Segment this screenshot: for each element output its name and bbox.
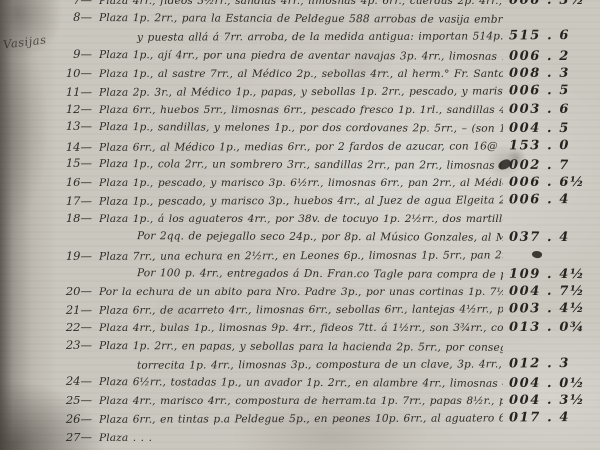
entry-amount: 515 . 6 xyxy=(503,28,595,43)
ledger-entry-line: 23— Plaza 1p. 2rr., en papas, y sebollas… xyxy=(54,337,595,358)
entry-amount: 006 . 6½ xyxy=(503,175,595,190)
entry-text: Plaza 6½rr., tostadas 1p., un avador 1p.… xyxy=(99,376,503,390)
entry-text: Plaza 6rr., huebos 5rr., limosnas 6rr., … xyxy=(99,104,503,116)
entry-text: Plaza 4rr., marisco 4rr., compostura de … xyxy=(99,395,503,407)
entry-text: Plaza 1p., ají 4rr., por una piedra de a… xyxy=(99,49,503,63)
entry-text: y puesta allá á 7rr. arroba, de la medid… xyxy=(99,31,503,44)
entry-text: Plaza 1p., á los aguateros 4rr., por 38v… xyxy=(99,213,503,225)
entry-number: 19— xyxy=(54,248,99,262)
margin-note: Vasijas xyxy=(2,32,47,51)
entry-amount: 003 . 6 xyxy=(503,102,595,117)
entry-number: 20— xyxy=(54,284,99,298)
ledger-entry-line: 19— Plaza 7rr., una echura en 2½rr., en … xyxy=(54,247,595,267)
entry-amount: 006 . 3½ xyxy=(503,0,595,8)
entry-amount: 006 . 5 xyxy=(503,83,595,98)
entry-number: 23— xyxy=(54,337,99,351)
entry-amount: 037 . 4 xyxy=(503,230,595,245)
entry-text: Plaza 7rr., una echura en 2½rr., en Leon… xyxy=(99,249,503,262)
entry-number: 7— xyxy=(54,0,99,7)
entry-number: 26— xyxy=(54,412,99,426)
ledger-entry-line: 9— Plaza 1p., ají 4rr., por una piedra d… xyxy=(54,46,595,67)
entry-amount: 004 . 5 xyxy=(503,121,595,136)
ledger-entry-line: 25— Plaza 4rr., marisco 4rr., compostura… xyxy=(54,393,595,411)
entry-number: 9— xyxy=(54,46,99,60)
entry-amount: 002 . 7 xyxy=(503,157,595,172)
ledger-entry-line: Por 100 p. 4rr., entregados á Dn. Fran.c… xyxy=(54,265,595,286)
entry-number: 12— xyxy=(54,102,99,116)
ledger-entry-line: 24— Plaza 6½rr., tostadas 1p., un avador… xyxy=(54,374,595,395)
entry-text: torrecita 1p. 4rr., limosnas 3p., compos… xyxy=(99,358,503,371)
entry-amount: 004 . 3½ xyxy=(503,393,595,408)
manuscript-page: Vasijas 7— Plaza 4rr., fideos 3½rr., san… xyxy=(0,0,600,450)
entry-number: 15— xyxy=(54,156,99,170)
entry-number: 18— xyxy=(54,211,99,225)
ledger-entry-line: 18— Plaza 1p., á los aguateros 4rr., por… xyxy=(54,211,595,229)
entry-number: 14— xyxy=(54,139,99,153)
entry-text: Plaza 4rr., bulas 1p., limosnas 9p. 4rr.… xyxy=(99,322,503,334)
entry-text: Plaza 1p., sandillas, y melones 1p., por… xyxy=(99,121,503,135)
entry-text: Plaza 1p., pescado, y marisco 3p., huebo… xyxy=(99,194,503,207)
entry-amount: 153 . 0 xyxy=(503,138,595,153)
entry-amount: 006 . 4 xyxy=(503,192,595,207)
entry-text: Plaza 4rr., fideos 3½rr., sandías 4rr., … xyxy=(99,0,503,7)
entry-number: 8— xyxy=(54,10,99,24)
ledger-entry-line: 13— Plaza 1p., sandillas, y melones 1p.,… xyxy=(54,119,595,140)
ledger-entry-line: 11— Plaza 2p. 3r., al Médico 1p., papas,… xyxy=(54,83,595,103)
entry-amount: 017 . 4 xyxy=(503,410,595,425)
entry-text: Plaza 2p. 3r., al Médico 1p., papas, y s… xyxy=(99,85,503,98)
entry-number: 27— xyxy=(54,430,99,444)
ledger-entry-line: torrecita 1p. 4rr., limosnas 3p., compos… xyxy=(54,356,595,376)
ledger-entry-line: 16— Plaza 1p., pescado, y marisco 3p. 6½… xyxy=(54,175,595,193)
entry-number: 13— xyxy=(54,119,99,133)
entry-amount: 012 . 3 xyxy=(503,356,595,371)
entry-number: 24— xyxy=(54,374,99,388)
entry-text: Plaza 1p., cola 2rr., un sombrero 3rr., … xyxy=(99,158,503,172)
entry-amount: 008 . 3 xyxy=(503,66,595,81)
ledger-entry-line: 14— Plaza 6rr., al Médico 1p., medias 6r… xyxy=(54,138,595,158)
ledger-entry-line: 12— Plaza 6rr., huebos 5rr., limosnas 6r… xyxy=(54,102,595,120)
ledger-entry-line: 17— Plaza 1p., pescado, y marisco 3p., h… xyxy=(54,192,595,212)
entry-number: 10— xyxy=(54,66,99,80)
entry-text: Por 2qq. de pejegallo seco 24p., por 8p.… xyxy=(99,230,503,244)
ledger-entry-line: 15— Plaza 1p., cola 2rr., un sombrero 3r… xyxy=(54,156,595,177)
entry-amount: 004 . 0½ xyxy=(503,376,595,391)
entry-text: Por 100 p. 4rr., entregados á Dn. Fran.c… xyxy=(99,267,503,281)
ledger-entry-line: Por 2qq. de pejegallo seco 24p., por 8p.… xyxy=(54,228,595,249)
ledger-entry-line: 27— Plaza . . . xyxy=(54,430,595,448)
entry-text: Plaza 6rr., de acarreto 4rr., limosnas 6… xyxy=(99,304,503,317)
entry-amount: 003 . 4½ xyxy=(503,301,595,316)
entry-number: 21— xyxy=(54,303,99,317)
ledger-entry-line: 10— Plaza 1p., al sastre 7rr., al Médico… xyxy=(54,66,595,84)
entry-amount: 013 . 0¾ xyxy=(503,320,595,335)
entry-number: 16— xyxy=(54,175,99,189)
entry-text: Plaza 6rr., en tintas p.a Peldegue 5p., … xyxy=(99,413,503,426)
entry-text: Plaza . . . xyxy=(99,432,503,444)
entry-text: Plaza 1p., pescado, y marisco 3p. 6½rr.,… xyxy=(99,177,503,189)
ledger-entry-line: 22— Plaza 4rr., bulas 1p., limosnas 9p. … xyxy=(54,320,595,338)
entry-text: Por la echura de un abito para Nro. Padr… xyxy=(99,286,503,298)
entry-number: 22— xyxy=(54,320,99,334)
ledger-entries: 7— Plaza 4rr., fideos 3½rr., sandías 4rr… xyxy=(54,0,595,448)
entry-number: 11— xyxy=(54,85,99,99)
entry-text: Plaza 6rr., al Médico 1p., medias 6rr., … xyxy=(99,140,503,153)
entry-amount: 109 . 4½ xyxy=(503,267,595,282)
ledger-entry-line: y puesta allá á 7rr. arroba, de la medid… xyxy=(54,28,595,48)
entry-amount: 004 . 7½ xyxy=(503,284,595,299)
entry-text: Plaza 1p. 2rr., para la Estancia de Peld… xyxy=(99,12,503,26)
ledger-entry-line: 21— Plaza 6rr., de acarreto 4rr., limosn… xyxy=(54,301,595,321)
entry-text: Plaza 1p., al sastre 7rr., al Médico 2p.… xyxy=(99,68,503,80)
entry-amount: 006 . 2 xyxy=(503,48,595,63)
entry-number: 17— xyxy=(54,194,99,208)
ledger-entry-line: 20— Por la echura de un abito para Nro. … xyxy=(54,284,595,302)
entry-text: Plaza 1p. 2rr., en papas, y sebollas par… xyxy=(99,340,503,354)
ledger-entry-line: 26— Plaza 6rr., en tintas p.a Peldegue 5… xyxy=(54,410,595,430)
entry-number: 25— xyxy=(54,393,99,407)
